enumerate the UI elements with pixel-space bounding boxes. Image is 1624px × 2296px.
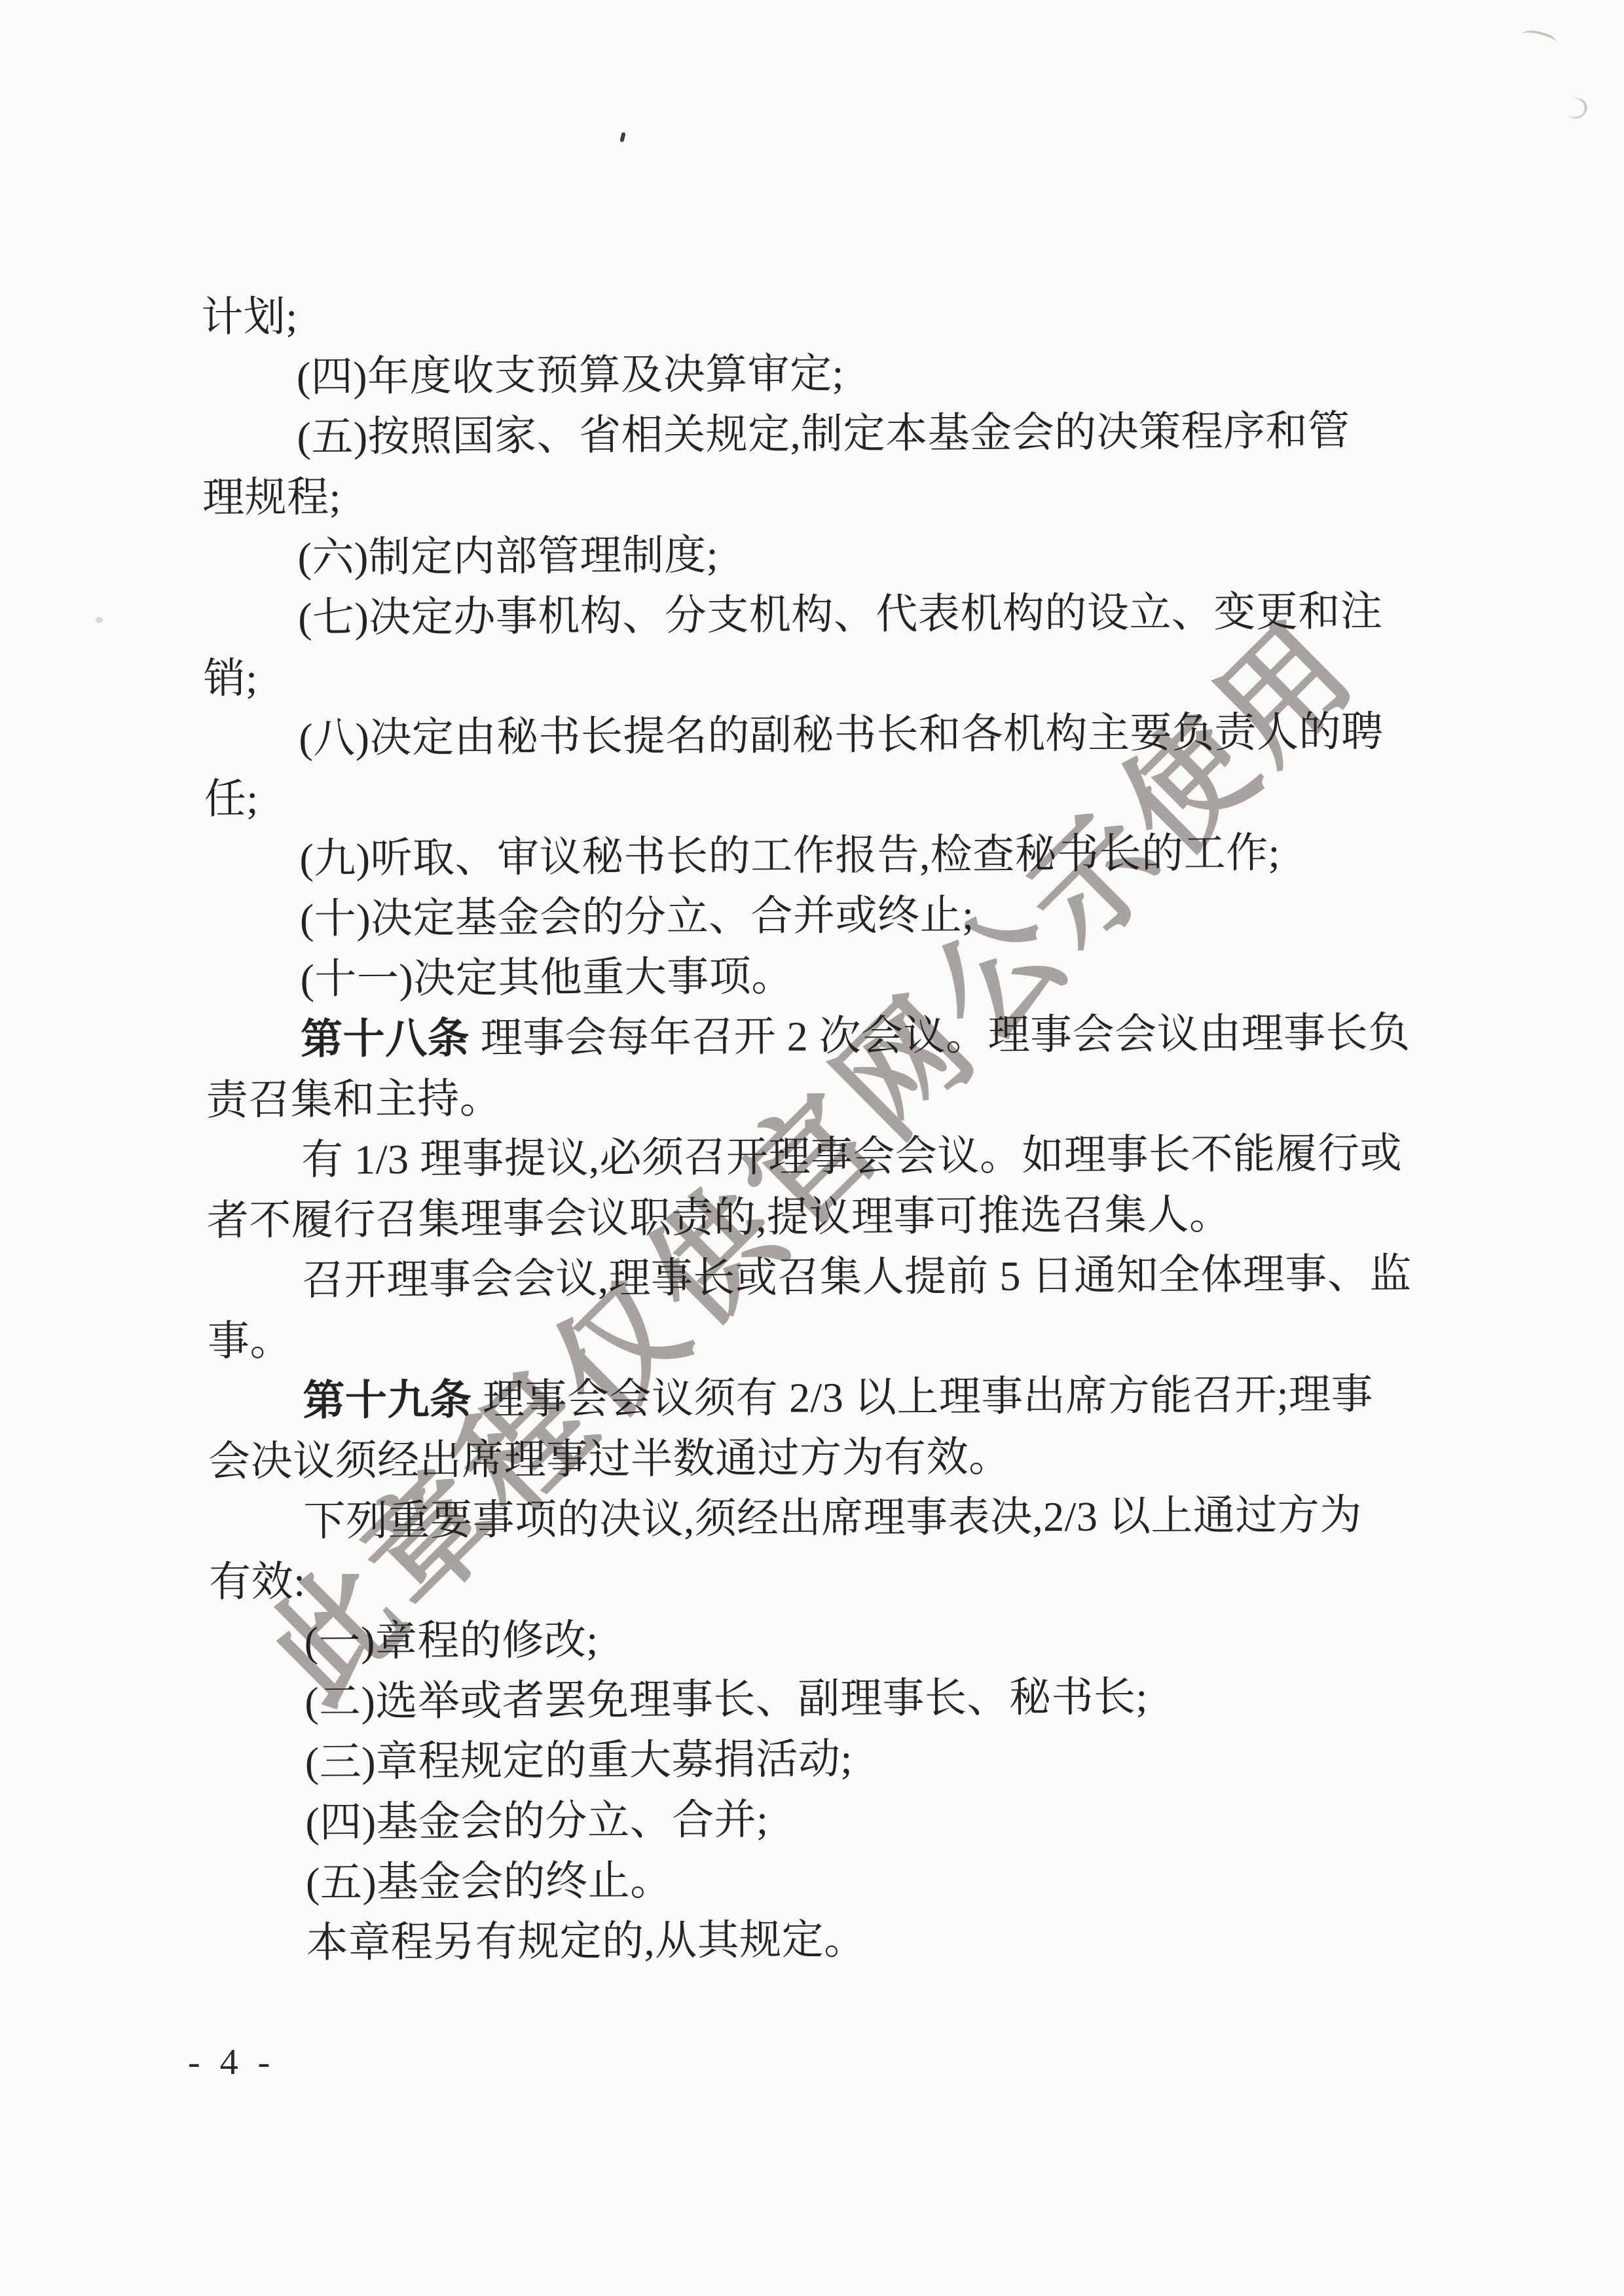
text-line: 者不履行召集理事会议职责的,提议理事可推选召集人。 (207, 1183, 1462, 1251)
article-number: 第十八条 (301, 1015, 470, 1063)
line-text: 理事会会议须有 2/3 以上理事出席方能召开;理事 (471, 1371, 1373, 1423)
line-text: (七)决定办事机构、分支机构、代表机构的设立、变更和注 (298, 588, 1383, 641)
line-text: (六)制定内部管理制度; (297, 532, 718, 581)
text-line: (十)决定基金会的分立、合并或终止; (205, 882, 1460, 950)
article-number: 第十九条 (303, 1377, 471, 1425)
line-text: 事。 (208, 1317, 292, 1364)
line-text: (三)章程规定的重大募捐活动; (305, 1736, 853, 1785)
text-line: (七)决定办事机构、分支机构、代表机构的设立、变更和注 (203, 581, 1458, 649)
line-text: (五)按照国家、省相关规定,制定本基金会的决策程序和管 (297, 407, 1350, 460)
text-line: 下列重要事项的决议,须经出席理事表决,2/3 以上通过方为 (208, 1484, 1463, 1552)
scan-artifact-curl (1562, 94, 1591, 122)
text-line: 第十八条 理事会每年召开 2 次会议。理事会会议由理事长负 (206, 1002, 1460, 1070)
text-line: (八)决定由秘书长提名的副秘书长和各机构主要负责人的聘 (204, 701, 1458, 769)
line-text: 理规程; (202, 474, 341, 521)
text-line: (一)章程的修改; (209, 1605, 1464, 1673)
text-line: (四)基金会的分立、合并; (210, 1785, 1465, 1853)
line-text: 者不履行召集理事会议职责的,提议理事可推选召集人。 (207, 1191, 1232, 1244)
text-line: (九)听取、审议秘书长的工作报告,检查秘书长的工作; (204, 822, 1459, 890)
text-line: (五)基金会的终止。 (211, 1846, 1466, 1914)
text-line: 理规程; (202, 460, 1457, 528)
text-line: (十一)决定其他重大事项。 (205, 942, 1460, 1010)
line-text: 下列重要事项的决议,须经出席理事表决,2/3 以上通过方为 (303, 1491, 1362, 1544)
line-text: 计划; (201, 293, 298, 340)
text-line: 任; (204, 761, 1459, 829)
line-text: 有 1/3 理事提议,必须召开理事会会议。如理事长不能履行或 (301, 1130, 1402, 1183)
text-line: 计划; (201, 280, 1456, 348)
line-text: 召开理事会会议,理事长或召集人提前 5 日通知全体理事、监 (302, 1250, 1412, 1303)
line-text: 理事会每年召开 2 次会议。理事会会议由理事长负 (470, 1010, 1411, 1062)
line-text: (四)基金会的分立、合并; (305, 1796, 768, 1846)
line-text: (九)听取、审议秘书长的工作报告,检查秘书长的工作; (299, 829, 1280, 882)
text-line: 有 1/3 理事提议,必须召开理事会会议。如理事长不能履行或 (206, 1123, 1461, 1191)
line-text: 销; (204, 655, 258, 702)
text-line: 责召集和主持。 (206, 1063, 1460, 1131)
text-line: (五)按照国家、省相关规定,制定本基金会的决策程序和管 (202, 400, 1456, 468)
text-line: 本章程另有规定的,从其规定。 (211, 1906, 1466, 1974)
text-line: (六)制定内部管理制度; (202, 520, 1457, 589)
line-text: (十一)决定其他重大事项。 (300, 953, 794, 1003)
line-text: (一)章程的修改; (304, 1616, 599, 1665)
scan-artifact-speck (96, 617, 103, 623)
line-text: 本章程另有规定的,从其规定。 (306, 1916, 866, 1966)
line-text: 会决议须经出席理事过半数通过方为有效。 (208, 1434, 1011, 1485)
text-line: (二)选举或者罢免理事长、副理事长、秘书长; (210, 1665, 1464, 1733)
text-line: 第十九条 理事会会议须有 2/3 以上理事出席方能召开;理事 (208, 1364, 1462, 1432)
scan-artifact-speck (619, 132, 625, 142)
text-line: (四)年度收支预算及决算审定; (202, 340, 1456, 408)
scan-artifact-curl (1519, 27, 1558, 52)
line-text: 责召集和主持。 (206, 1075, 502, 1123)
line-text: (二)选举或者罢免理事长、副理事长、秘书长; (304, 1673, 1148, 1725)
line-text: (四)年度收支预算及决算审定; (297, 350, 844, 400)
text-line: 会决议须经出席理事过半数通过方为有效。 (208, 1424, 1463, 1492)
line-text: (十)决定基金会的分立、合并或终止; (300, 892, 974, 942)
document-page: 此章程仅供官网公示使用 计划; (四)年度收支预算及决算审定; (五)按照国家、… (0, 0, 1624, 2296)
page-number: - 4 - (188, 2041, 275, 2083)
line-text: 有效: (209, 1558, 306, 1605)
text-line: (三)章程规定的重大募捐活动; (210, 1725, 1465, 1793)
text-line: 事。 (208, 1303, 1462, 1372)
line-text: (八)决定由秘书长提名的副秘书长和各机构主要负责人的聘 (299, 708, 1384, 761)
text-line: 召开理事会会议,理事长或召集人提前 5 日通知全体理事、监 (207, 1243, 1462, 1311)
document-body: 计划; (四)年度收支预算及决算审定; (五)按照国家、省相关规定,制定本基金会… (201, 280, 1466, 1974)
line-text: 任; (204, 776, 259, 823)
text-line: 销; (204, 641, 1458, 709)
text-line: 有效: (209, 1544, 1464, 1613)
line-text: (五)基金会的终止。 (306, 1857, 673, 1906)
